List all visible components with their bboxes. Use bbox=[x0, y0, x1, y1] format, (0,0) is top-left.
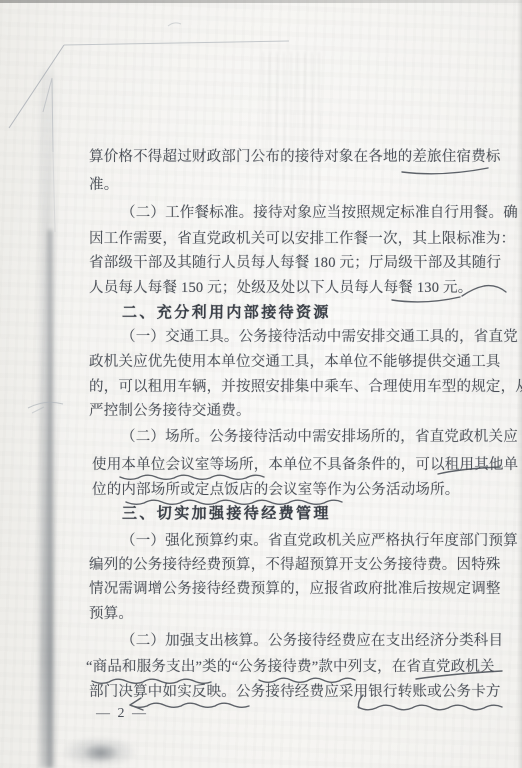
text-line: 人员每人每餐 150 元；处级及处以下人员每人每餐 130 元。 bbox=[89, 278, 472, 299]
section-heading: 二、充分利用内部接待资源 bbox=[122, 303, 331, 324]
page-number: — 2 — bbox=[96, 706, 148, 722]
text-line: 政机关应优先使用本单位交通工具，本单位不能够提供交通工具 bbox=[89, 352, 501, 373]
text-line: 省部级干部及其随行人员每人每餐 180 元；厅局级干部及其随行 bbox=[89, 253, 501, 274]
text-line: （一）交通工具。公务接待活动中需安排交通工具的，省直党 bbox=[121, 327, 518, 348]
scan-streaks bbox=[262, 52, 320, 402]
scan-fold-shadow-core bbox=[48, 230, 52, 768]
text-line: 情况需调增公务接待经费预算的，应报省政府批准后按规定调整 bbox=[89, 579, 501, 600]
scan-smudge-dark bbox=[84, 744, 118, 762]
text-line: 严控制公务接待交通费。 bbox=[89, 401, 251, 422]
text-line: 因工作需要，省直党政机关可以安排工作餐一次，其上限标准为： bbox=[89, 229, 515, 250]
section-heading: 三、切实加强接待经费管理 bbox=[122, 504, 331, 525]
text-line: （一）强化预算约束。省直党政机关应严格执行年度部门预算 bbox=[121, 531, 518, 552]
text-line: （二）加强支出核算。公务接待经费应在支出经济分类科目 bbox=[121, 631, 503, 652]
document-page: 算价格不得超过财政部门公布的接待对象在各地的差旅住宿费标 准。 （二）工作餐标准… bbox=[0, 0, 522, 768]
scan-top-edge-shadow bbox=[0, 0, 522, 3]
text-line: “商品和服务支出”类的“公务接待费”款中列支，在省直党政机关 bbox=[86, 657, 495, 678]
text-line: 使用本单位会议室等场所，本单位不具备条件的，可以租用其他单 bbox=[92, 455, 518, 476]
text-line: 编列的公务接待经费预算，不得超预算开支公务接待费。因特殊 bbox=[89, 555, 501, 576]
text-line: 准。 bbox=[89, 175, 118, 196]
text-line: 部门决算中如实反映。公务接待经费应采用银行转账或公务卡方 bbox=[89, 682, 501, 703]
text-line: 算价格不得超过财政部门公布的接待对象在各地的差旅住宿费标 bbox=[89, 147, 501, 168]
wavy-underline-bank-transfer bbox=[358, 705, 502, 710]
text-line: （二）场所。公务接待活动中需安排场所的，省直党政机关应 bbox=[121, 427, 518, 448]
text-line: 的，可以租用车辆，并按照安排集中乘车、合理使用车型的规定，从 bbox=[89, 377, 522, 398]
text-line: 预算。 bbox=[89, 604, 133, 625]
underline-accommodation-standard bbox=[402, 168, 488, 174]
text-line: 位的内部场所或定点饭店的会议室等作为公务活动场所。 bbox=[92, 480, 460, 501]
text-line: （二）工作餐标准。接待对象应当按照规定标准自行用餐。确 bbox=[121, 203, 518, 224]
